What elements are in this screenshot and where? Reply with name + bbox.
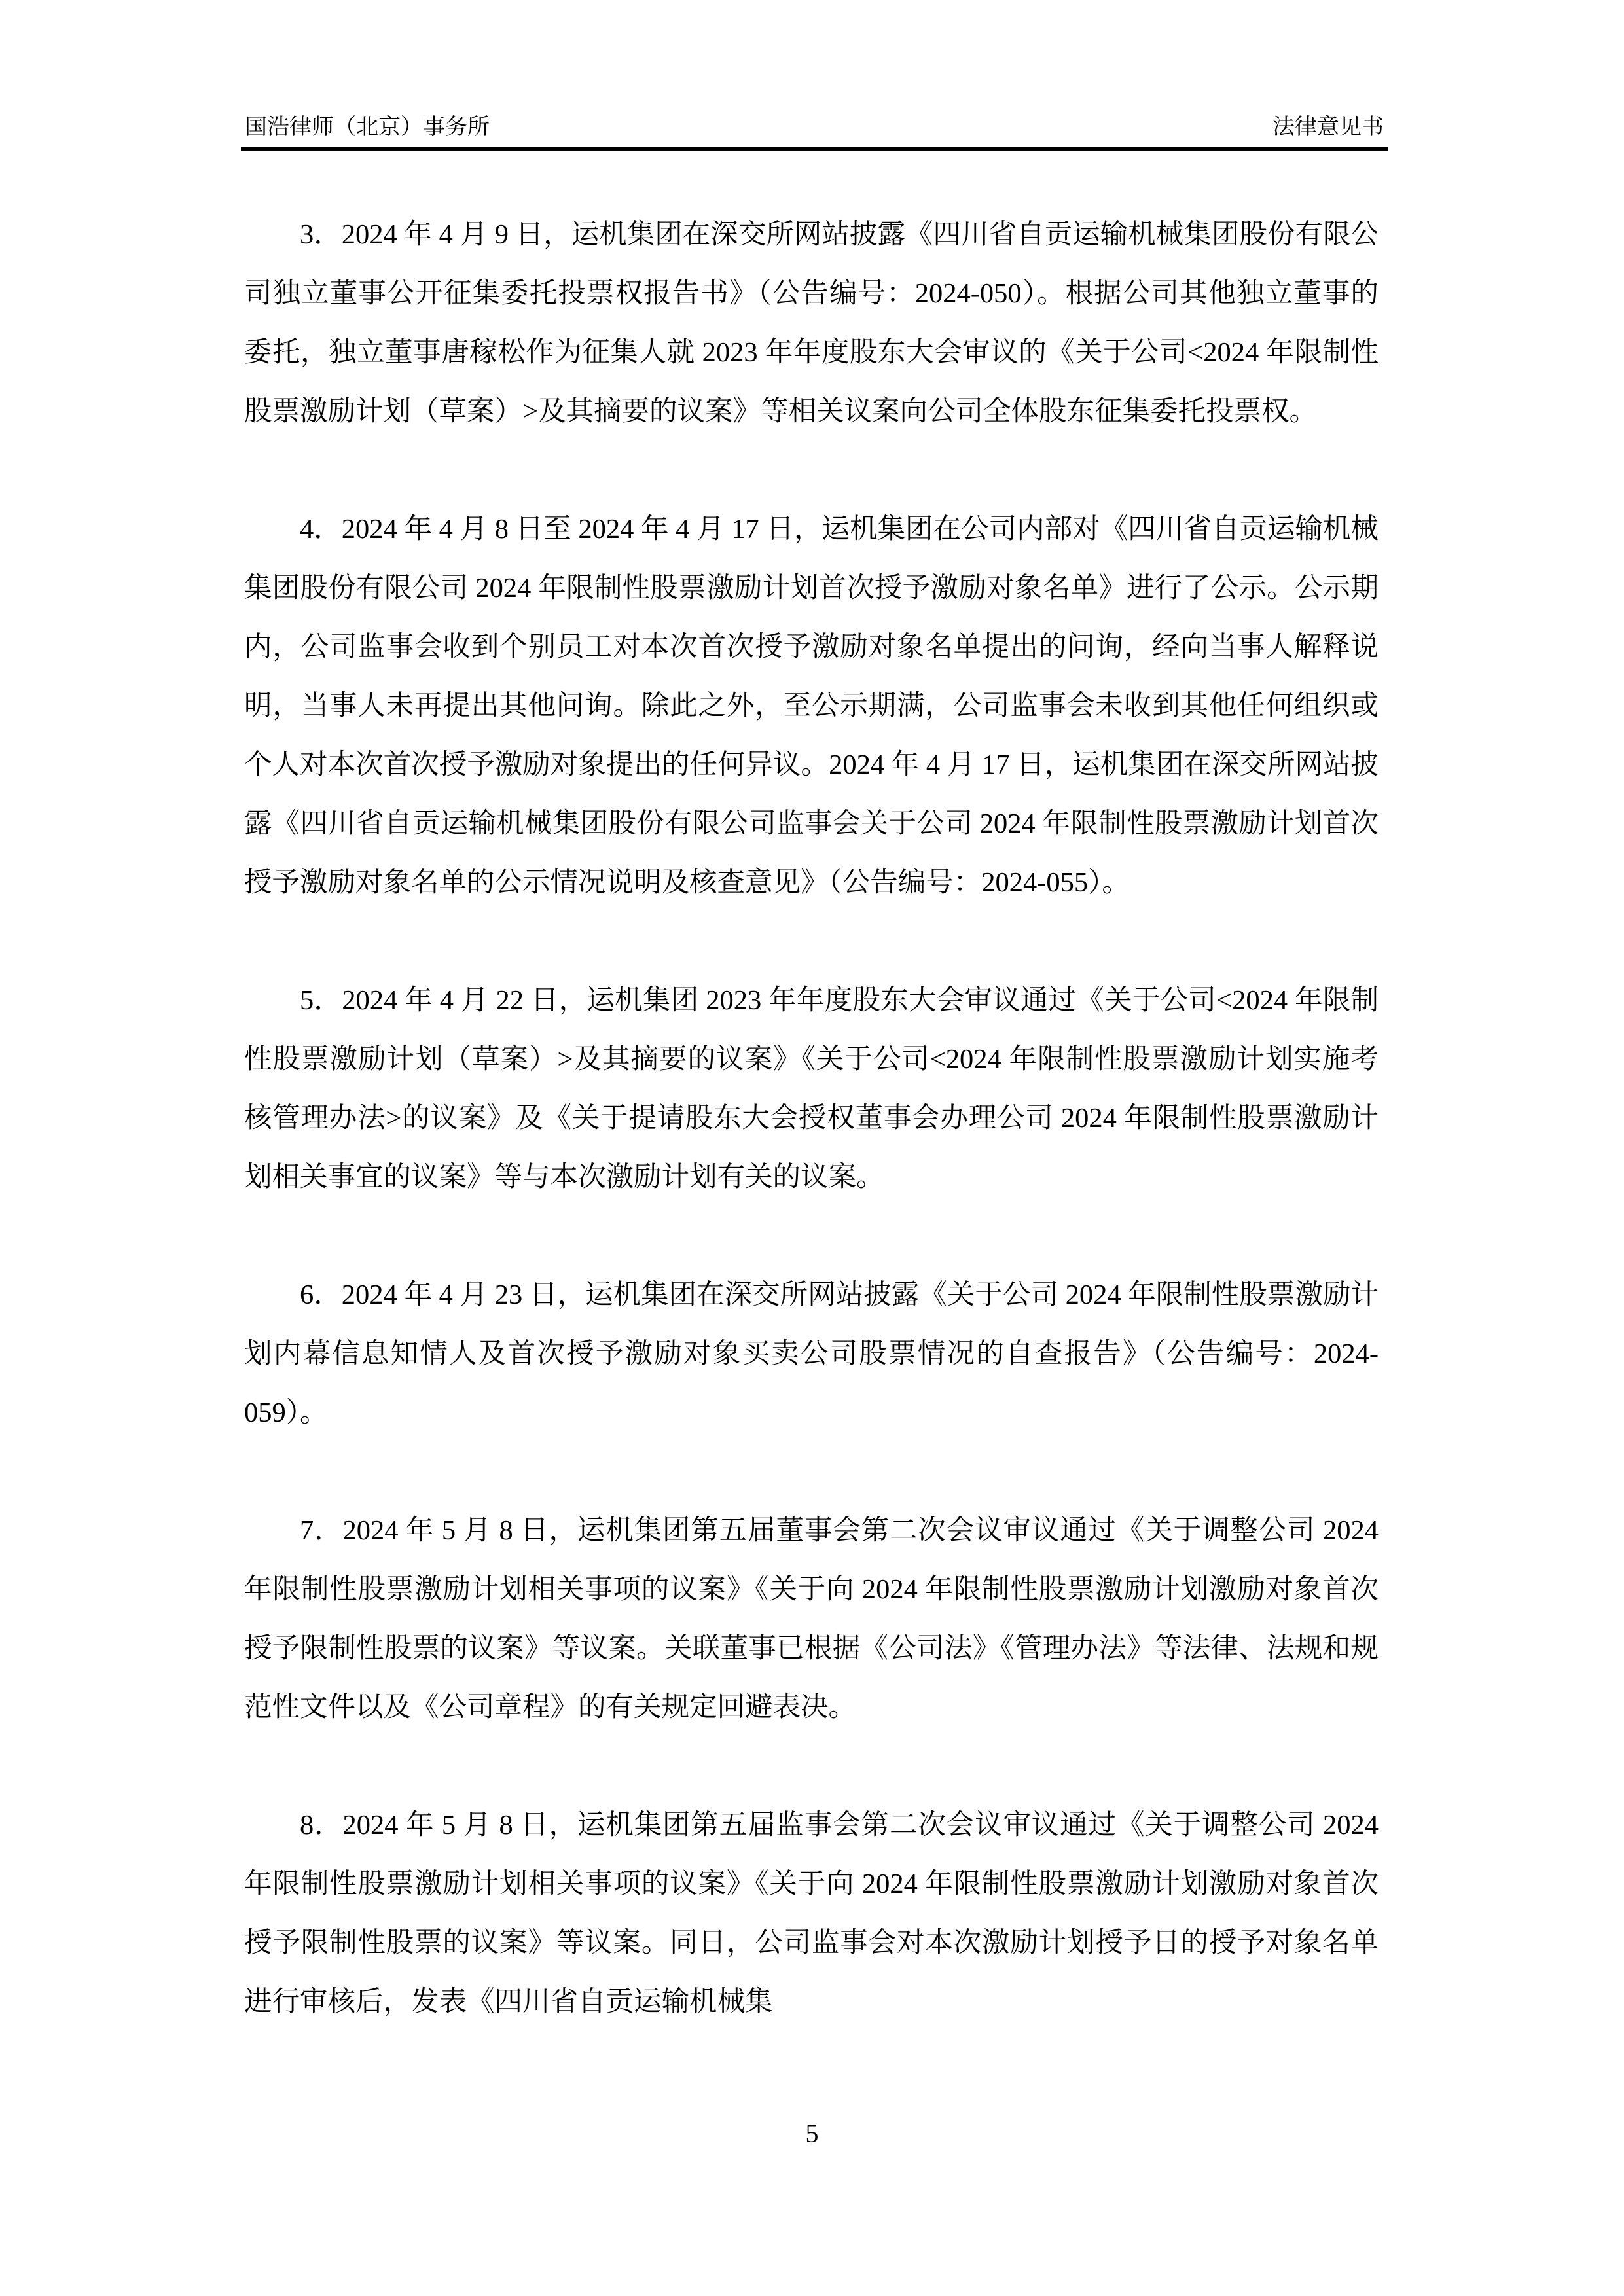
header-firm-name: 国浩律师（北京）事务所 <box>241 115 494 141</box>
paragraph-item-4: 4．2024 年 4 月 8 日至 2024 年 4 月 17 日，运机集团在公… <box>244 500 1379 912</box>
paragraph-item-8: 8．2024 年 5 月 8 日，运机集团第五届监事会第二次会议审议通过《关于调… <box>244 1796 1379 2032</box>
document-body: 3．2024 年 4 月 9 日，运机集团在深交所网站披露《四川省自贡运输机械集… <box>244 206 1379 2032</box>
paragraph-item-5: 5．2024 年 4 月 22 日，运机集团 2023 年年度股东大会审议通过《… <box>244 971 1379 1207</box>
header-document-type: 法律意见书 <box>1269 115 1388 141</box>
page-number: 5 <box>0 2117 1624 2150</box>
paragraph-item-3: 3．2024 年 4 月 9 日，运机集团在深交所网站披露《四川省自贡运输机械集… <box>244 206 1379 441</box>
paragraph-item-6: 6．2024 年 4 月 23 日，运机集团在深交所网站披露《关于公司 2024… <box>244 1266 1379 1443</box>
page-header: 国浩律师（北京）事务所 法律意见书 <box>241 110 1388 151</box>
paragraph-item-7: 7．2024 年 5 月 8 日，运机集团第五届董事会第二次会议审议通过《关于调… <box>244 1501 1379 1737</box>
